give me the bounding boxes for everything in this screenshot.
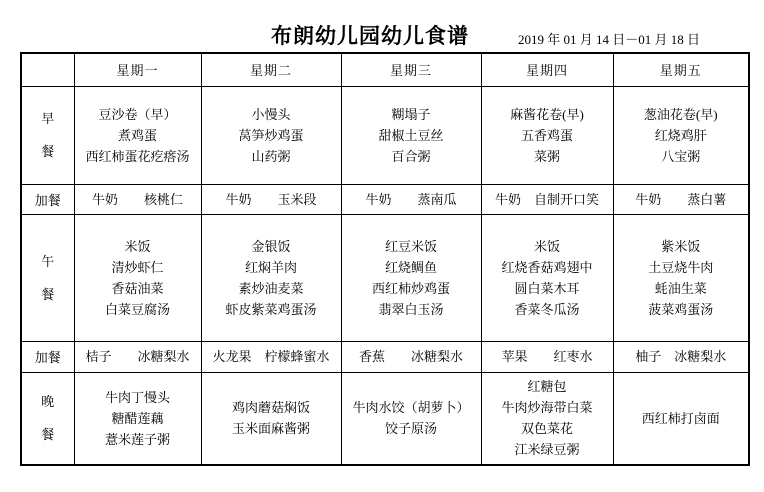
menu-cell: 米饭清炒虾仁香菇油菜白菜豆腐汤 <box>74 214 201 341</box>
menu-item: 饺子原汤 <box>342 418 481 439</box>
menu-cell: 红豆米饭红烧鲷鱼西红柿炒鸡蛋翡翠白玉汤 <box>341 214 481 341</box>
table-row: 早餐豆沙卷（早）煮鸡蛋西红柿蛋花疙瘩汤小慢头莴笋炒鸡蛋山药粥糊塌子甜椒土豆丝百合… <box>21 86 749 184</box>
column-header: 星期三 <box>341 53 481 86</box>
menu-item: 菠菜鸡蛋汤 <box>614 299 749 320</box>
menu-item: 红豆米饭 <box>342 236 481 257</box>
menu-item: 牛肉炒海带白菜 <box>482 397 613 418</box>
menu-cell: 牛奶 自制开口笑 <box>481 184 613 214</box>
column-header: 星期五 <box>613 53 749 86</box>
menu-item: 红烧鸡肝 <box>614 125 749 146</box>
menu-item: 米饭 <box>482 236 613 257</box>
menu-cell: 桔子 冰糖梨水 <box>74 341 201 372</box>
menu-item: 菜粥 <box>482 146 613 167</box>
menu-cell: 西红柿打卤面 <box>613 372 749 465</box>
menu-table: 星期一星期二星期三星期四星期五 早餐豆沙卷（早）煮鸡蛋西红柿蛋花疙瘩汤小慢头莴笋… <box>20 52 750 466</box>
menu-item: 虾皮紫菜鸡蛋汤 <box>202 299 341 320</box>
menu-item: 双色菜花 <box>482 418 613 439</box>
menu-item: 苹果 红枣水 <box>482 346 613 367</box>
menu-item: 江米绿豆粥 <box>482 439 613 460</box>
row-label: 加餐 <box>21 184 74 214</box>
menu-item: 米饭 <box>75 236 201 257</box>
menu-item: 莴笋炒鸡蛋 <box>202 125 341 146</box>
menu-cell: 牛肉水饺（胡萝卜）饺子原汤 <box>341 372 481 465</box>
menu-item: 蚝油生菜 <box>614 278 749 299</box>
menu-item: 牛奶 自制开口笑 <box>482 189 613 210</box>
menu-cell: 牛奶 核桃仁 <box>74 184 201 214</box>
menu-item: 甜椒土豆丝 <box>342 125 481 146</box>
menu-item: 金银饭 <box>202 236 341 257</box>
corner-cell <box>21 53 74 86</box>
menu-item: 牛奶 玉米段 <box>202 189 341 210</box>
table-header-row: 星期一星期二星期三星期四星期五 <box>21 53 749 86</box>
menu-cell: 麻酱花卷(早)五香鸡蛋菜粥 <box>481 86 613 184</box>
menu-item: 牛奶 蒸南瓜 <box>342 189 481 210</box>
menu-item: 牛肉水饺（胡萝卜） <box>342 397 481 418</box>
menu-item: 香菇油菜 <box>75 278 201 299</box>
menu-item: 糖醋莲藕 <box>75 408 201 429</box>
menu-item: 桔子 冰糖梨水 <box>75 346 201 367</box>
menu-item: 薏米莲子粥 <box>75 429 201 450</box>
menu-cell: 火龙果 柠檬蜂蜜水 <box>201 341 341 372</box>
menu-item: 紫米饭 <box>614 236 749 257</box>
menu-item: 素炒油麦菜 <box>202 278 341 299</box>
menu-item: 西红柿炒鸡蛋 <box>342 278 481 299</box>
table-row: 加餐牛奶 核桃仁牛奶 玉米段牛奶 蒸南瓜牛奶 自制开口笑牛奶 蒸白薯 <box>21 184 749 214</box>
menu-item: 豆沙卷（早） <box>75 104 201 125</box>
row-label: 晚餐 <box>21 372 74 465</box>
menu-item: 西红柿打卤面 <box>614 408 749 429</box>
column-header: 星期四 <box>481 53 613 86</box>
menu-item: 糊塌子 <box>342 104 481 125</box>
menu-table-body: 早餐豆沙卷（早）煮鸡蛋西红柿蛋花疙瘩汤小慢头莴笋炒鸡蛋山药粥糊塌子甜椒土豆丝百合… <box>21 86 749 465</box>
menu-item: 圆白菜木耳 <box>482 278 613 299</box>
menu-cell: 柚子 冰糖梨水 <box>613 341 749 372</box>
row-label: 午餐 <box>21 214 74 341</box>
menu-item: 山药粥 <box>202 146 341 167</box>
menu-item: 红烧香菇鸡翅中 <box>482 257 613 278</box>
menu-cell: 葱油花卷(早)红烧鸡肝八宝粥 <box>613 86 749 184</box>
food-menu-page: 布朗幼儿园幼儿食谱 2019 年 01 月 14 日－01 月 18 日 星期一… <box>0 0 764 492</box>
table-row: 晚餐牛肉丁慢头糖醋莲藕薏米莲子粥鸡肉蘑菇焖饭玉米面麻酱粥牛肉水饺（胡萝卜）饺子原… <box>21 372 749 465</box>
menu-item: 白菜豆腐汤 <box>75 299 201 320</box>
menu-item: 香蕉 冰糖梨水 <box>342 346 481 367</box>
menu-cell: 牛肉丁慢头糖醋莲藕薏米莲子粥 <box>74 372 201 465</box>
menu-cell: 牛奶 玉米段 <box>201 184 341 214</box>
menu-cell: 牛奶 蒸白薯 <box>613 184 749 214</box>
menu-cell: 米饭红烧香菇鸡翅中圆白菜木耳香菜冬瓜汤 <box>481 214 613 341</box>
menu-item: 柚子 冰糖梨水 <box>614 346 749 367</box>
row-label: 加餐 <box>21 341 74 372</box>
menu-item: 红烧鲷鱼 <box>342 257 481 278</box>
menu-item: 煮鸡蛋 <box>75 125 201 146</box>
menu-item: 麻酱花卷(早) <box>482 104 613 125</box>
menu-cell: 苹果 红枣水 <box>481 341 613 372</box>
menu-cell: 红糖包牛肉炒海带白菜双色菜花江米绿豆粥 <box>481 372 613 465</box>
menu-item: 葱油花卷(早) <box>614 104 749 125</box>
menu-item: 小慢头 <box>202 104 341 125</box>
menu-cell: 牛奶 蒸南瓜 <box>341 184 481 214</box>
menu-cell: 豆沙卷（早）煮鸡蛋西红柿蛋花疙瘩汤 <box>74 86 201 184</box>
menu-item: 红糖包 <box>482 376 613 397</box>
menu-cell: 紫米饭土豆烧牛肉蚝油生菜菠菜鸡蛋汤 <box>613 214 749 341</box>
menu-item: 火龙果 柠檬蜂蜜水 <box>202 346 341 367</box>
menu-cell: 糊塌子甜椒土豆丝百合粥 <box>341 86 481 184</box>
date-range: 2019 年 01 月 14 日－01 月 18 日 <box>518 29 718 48</box>
column-header: 星期一 <box>74 53 201 86</box>
table-row: 加餐桔子 冰糖梨水火龙果 柠檬蜂蜜水香蕉 冰糖梨水苹果 红枣水柚子 冰糖梨水 <box>21 341 749 372</box>
table-row: 午餐米饭清炒虾仁香菇油菜白菜豆腐汤金银饭红焖羊肉素炒油麦菜虾皮紫菜鸡蛋汤红豆米饭… <box>21 214 749 341</box>
menu-cell: 小慢头莴笋炒鸡蛋山药粥 <box>201 86 341 184</box>
menu-item: 百合粥 <box>342 146 481 167</box>
menu-item: 五香鸡蛋 <box>482 125 613 146</box>
menu-item: 西红柿蛋花疙瘩汤 <box>75 146 201 167</box>
menu-cell: 鸡肉蘑菇焖饭玉米面麻酱粥 <box>201 372 341 465</box>
menu-item: 牛奶 核桃仁 <box>75 189 201 210</box>
menu-item: 鸡肉蘑菇焖饭 <box>202 397 341 418</box>
menu-item: 土豆烧牛肉 <box>614 257 749 278</box>
menu-item: 清炒虾仁 <box>75 257 201 278</box>
row-label: 早餐 <box>21 86 74 184</box>
menu-cell: 香蕉 冰糖梨水 <box>341 341 481 372</box>
menu-cell: 金银饭红焖羊肉素炒油麦菜虾皮紫菜鸡蛋汤 <box>201 214 341 341</box>
menu-item: 红焖羊肉 <box>202 257 341 278</box>
column-header: 星期二 <box>201 53 341 86</box>
menu-item: 玉米面麻酱粥 <box>202 418 341 439</box>
menu-item: 翡翠白玉汤 <box>342 299 481 320</box>
menu-item: 牛肉丁慢头 <box>75 387 201 408</box>
menu-item: 香菜冬瓜汤 <box>482 299 613 320</box>
page-title: 布朗幼儿园幼儿食谱 <box>225 20 515 50</box>
menu-item: 八宝粥 <box>614 146 749 167</box>
menu-item: 牛奶 蒸白薯 <box>614 189 749 210</box>
